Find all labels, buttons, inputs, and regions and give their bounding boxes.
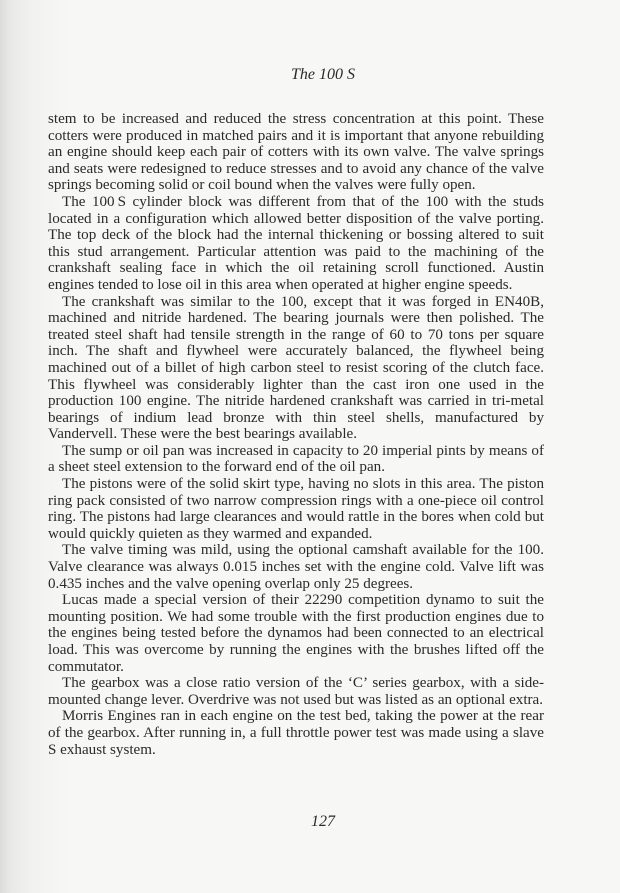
body-text: stem to be increased and reduced the str…: [48, 111, 544, 758]
paragraph: The crankshaft was similar to the 100, e…: [48, 294, 544, 443]
paragraph: The 100 S cylinder block was different f…: [48, 194, 544, 294]
paragraph: Lucas made a special version of their 22…: [48, 592, 544, 675]
paragraph: The gearbox was a close ratio version of…: [48, 675, 544, 708]
running-head: The 100 S: [0, 66, 620, 84]
paragraph: The sump or oil pan was increased in cap…: [48, 443, 544, 476]
paragraph: stem to be increased and reduced the str…: [48, 111, 544, 194]
page-number: 127: [0, 813, 620, 831]
paragraph: The pistons were of the solid skirt type…: [48, 476, 544, 542]
paragraph: The valve timing was mild, using the opt…: [48, 542, 544, 592]
paragraph: Morris Engines ran in each engine on the…: [48, 708, 544, 758]
